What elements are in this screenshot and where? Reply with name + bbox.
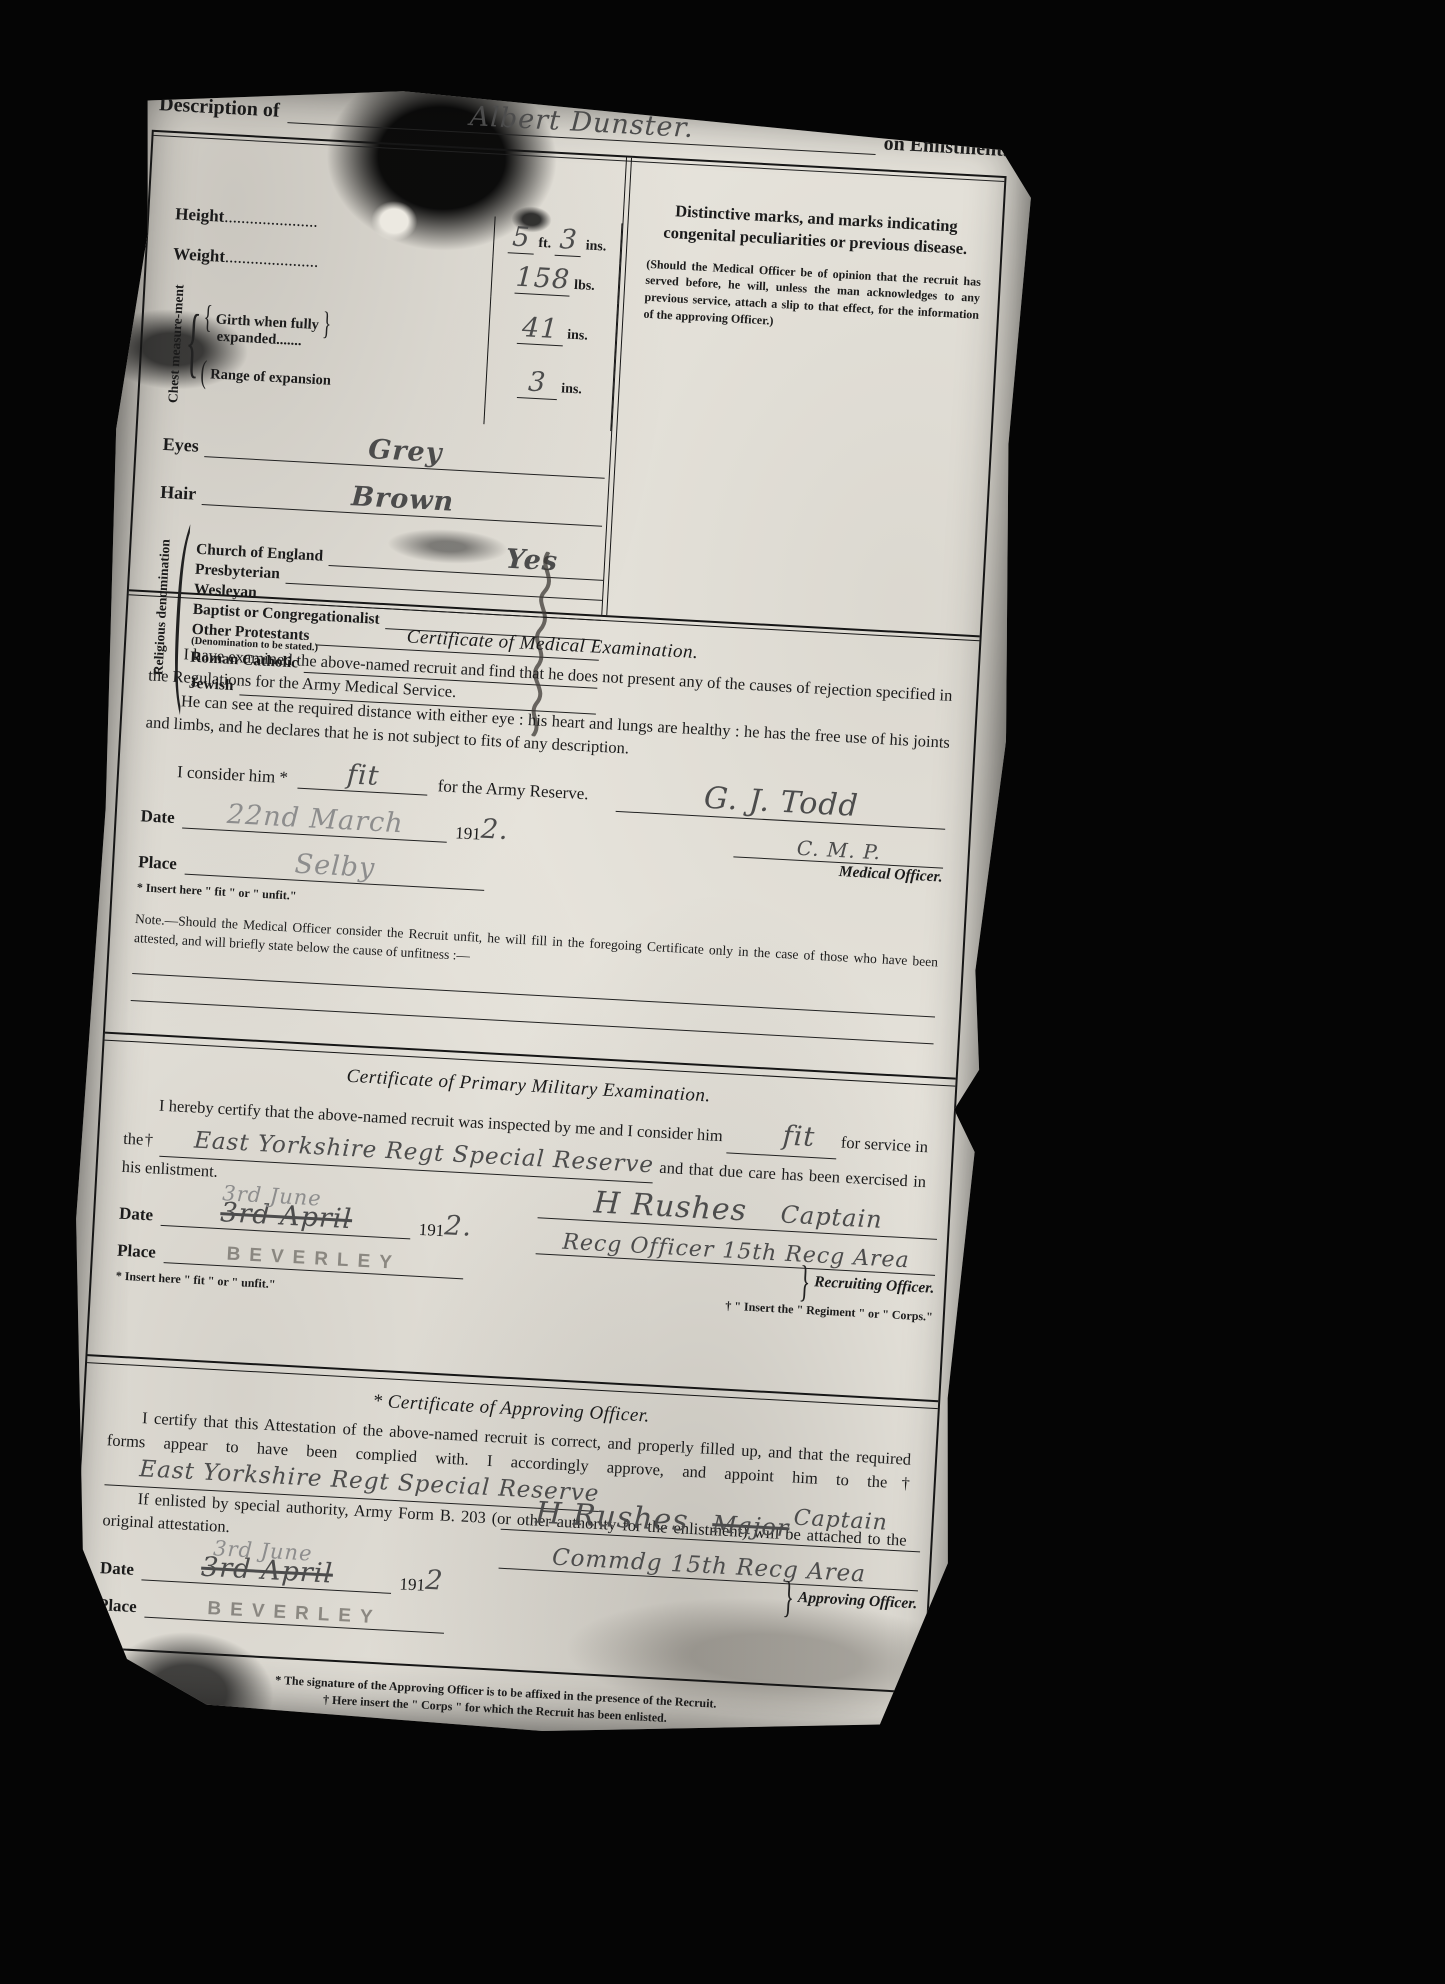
year-printed: 191 xyxy=(399,1574,426,1595)
eyes-row: Eyes Grey xyxy=(162,423,610,479)
year-printed: 191 xyxy=(455,823,482,844)
approving-officer-signature: H Rushes xyxy=(534,1496,689,1539)
year-handwritten: 2. xyxy=(444,1211,473,1243)
date-label: Date xyxy=(99,1558,134,1580)
physical-description-column: Height...................... 5 ft. 3 ins… xyxy=(129,132,626,615)
weight-lbs: 158 xyxy=(515,262,571,297)
consider-suffix: for the Army Reserve. xyxy=(437,776,589,804)
beverley-stamp: BEVERLEY xyxy=(207,1598,382,1628)
range-of-expansion-label: Range of expansion xyxy=(210,367,332,390)
date-label: Date xyxy=(119,1204,154,1226)
primary-fit-handwritten: fit xyxy=(782,1120,816,1153)
recruit-name-handwritten: Albert Dunster. xyxy=(469,101,695,144)
height-feet: 5 xyxy=(508,221,536,254)
form-title-prefix: Description of xyxy=(159,93,281,122)
medical-signature-block: G. J. Todd C. M. P. Medical Officer. xyxy=(613,776,948,887)
chest-rows: { Girth when fully } expanded....... ( R… xyxy=(200,307,334,390)
approving-rank-handwritten: Captain xyxy=(793,1506,888,1536)
inches-unit: ins. xyxy=(585,238,606,254)
year-handwritten: 2 xyxy=(424,1564,444,1596)
chest-values: 41 ins. 3 ins. xyxy=(483,296,618,430)
hair-value: Brown xyxy=(351,481,455,518)
approving-officer-section: * Certificate of Approving Officer. I ce… xyxy=(69,1364,938,1746)
right-brace: } xyxy=(798,1256,811,1308)
medical-place-handwritten: Selby xyxy=(294,848,376,883)
dot-leader: ...................... xyxy=(225,247,319,271)
right-brace: } xyxy=(321,305,332,343)
girth-value: 41 xyxy=(516,312,564,346)
distinctive-marks-heading: Distinctive marks, and marks indicating … xyxy=(647,199,984,262)
measurements-table: Height...................... 5 ft. 3 ins… xyxy=(165,199,623,430)
consider-prefix: I consider him * xyxy=(177,762,289,788)
eyes-value: Grey xyxy=(367,434,443,469)
approving-rank-struck: Major xyxy=(711,1511,790,1543)
lbs-unit: lbs. xyxy=(574,278,595,294)
beverley-stamp: BEVERLEY xyxy=(226,1244,401,1274)
place-label: Place xyxy=(97,1595,137,1617)
primary-signature-block: H Rushes Captain Recg Officer 15th Recg … xyxy=(533,1182,939,1324)
recruiting-officer-rank: Captain xyxy=(780,1200,883,1233)
ins-unit: ins. xyxy=(561,381,582,397)
height-inches: 3 xyxy=(555,224,583,257)
eyes-label: Eyes xyxy=(162,434,199,457)
dot-leader: ...................... xyxy=(224,207,318,231)
medical-date-handwritten: 22nd March xyxy=(226,799,404,840)
range-value: 3 xyxy=(516,366,558,400)
height-value: 5 ft. 3 ins. xyxy=(492,216,622,263)
hair-row: Hair Brown xyxy=(160,470,608,526)
year-printed: 191 xyxy=(418,1220,445,1241)
presbyterian-label: Presbyterian xyxy=(194,560,280,583)
ins-unit: ins. xyxy=(567,328,588,344)
form-title-suffix: on Enlistment. xyxy=(883,132,1009,162)
fit-handwritten: fit xyxy=(346,759,380,792)
distinctive-marks-note: (Should the Medical Officer be of opinio… xyxy=(643,255,981,340)
recruiting-officer-label: Recruiting Officer. xyxy=(814,1273,935,1297)
distinctive-marks-column: Distinctive marks, and marks indicating … xyxy=(607,158,1004,636)
date-label: Date xyxy=(140,806,175,828)
medical-examination-section: Certificate of Medical Examination. I ha… xyxy=(105,591,980,1077)
description-section: Height...................... 5 ft. 3 ins… xyxy=(129,132,1005,637)
place-label: Place xyxy=(117,1241,157,1263)
medical-officer-initials: C. M. P. xyxy=(796,836,881,865)
place-label: Place xyxy=(138,852,178,874)
feet-unit: ft. xyxy=(538,236,552,252)
chest-measurement-label: Chest measure-ment { { Girth when fully … xyxy=(165,279,490,424)
scanned-attestation-form: Description of Albert Dunster. on Enlist… xyxy=(42,67,1040,1762)
approving-officer-label: Approving Officer. xyxy=(797,1589,917,1613)
weight-value: 158 lbs. xyxy=(490,256,620,303)
year-handwritten: 2. xyxy=(480,813,509,845)
form-outer-box: Height...................... 5 ft. 3 ins… xyxy=(70,130,1007,1694)
left-brace: ( xyxy=(200,354,208,392)
medical-officer-signature: G. J. Todd xyxy=(703,781,860,824)
right-brace: } xyxy=(782,1572,795,1624)
primary-military-section: Certificate of Primary Military Examinat… xyxy=(88,1041,956,1401)
recruiting-officer-signature: H Rushes xyxy=(593,1185,748,1228)
